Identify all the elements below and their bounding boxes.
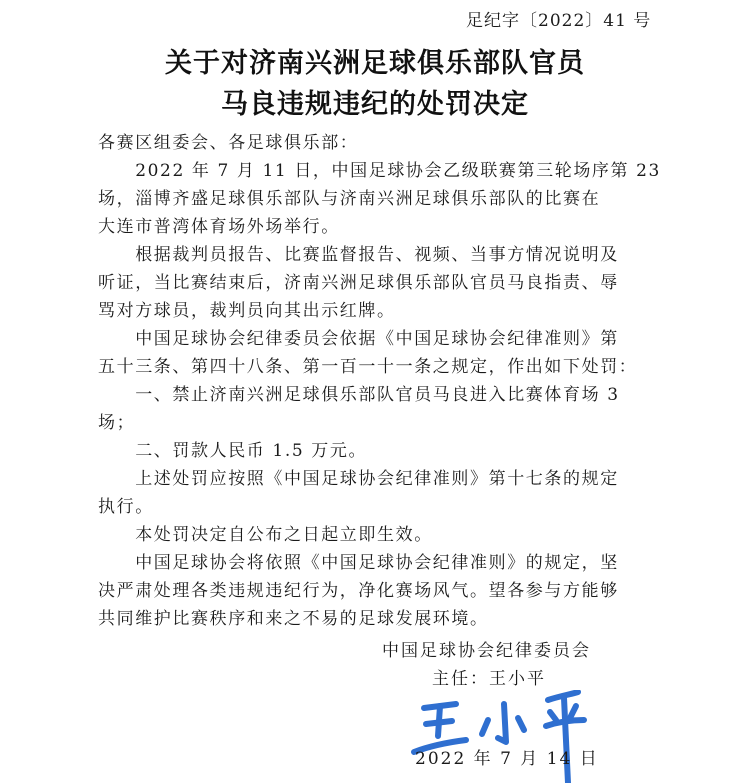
signing-date: 2022 年 7 月 14 日 bbox=[415, 744, 599, 769]
issuing-organization: 中国足球协会纪律委员会 bbox=[382, 636, 591, 661]
paragraph-line: 决严肃处理各类违规违纪行为，净化赛场风气。望各参与方能够 bbox=[98, 576, 688, 601]
director-name: 主任：王小平 bbox=[432, 664, 546, 689]
handwritten-signature-icon bbox=[400, 690, 600, 783]
paragraph-line: 中国足球协会纪律委员会依据《中国足球协会纪律准则》第 bbox=[98, 324, 688, 349]
paragraph-line: 大连市普湾体育场外场举行。 bbox=[98, 212, 688, 237]
paragraph-line: 上述处罚应按照《中国足球协会纪律准则》第十七条的规定 bbox=[98, 464, 688, 489]
paragraph-line: 本处罚决定自公布之日起立即生效。 bbox=[98, 520, 688, 545]
paragraph-line: 中国足球协会将依照《中国足球协会纪律准则》的规定，坚 bbox=[98, 548, 688, 573]
salutation: 各赛区组委会、各足球俱乐部： bbox=[98, 128, 688, 153]
paragraph-line: 根据裁判员报告、比赛监督报告、视频、当事方情况说明及 bbox=[98, 240, 688, 265]
paragraph-line: 场； bbox=[98, 408, 688, 433]
penalty-item-1: 一、禁止济南兴洲足球俱乐部队官员马良进入比赛体育场 3 bbox=[98, 380, 688, 405]
paragraph-line: 五十三条、第四十八条、第一百一十一条之规定，作出如下处罚： bbox=[98, 352, 688, 377]
paragraph-line: 场，淄博齐盛足球俱乐部队与济南兴洲足球俱乐部队的比赛在 bbox=[98, 184, 688, 209]
paragraph-line: 执行。 bbox=[98, 492, 688, 517]
paragraph-line: 共同维护比赛秩序和来之不易的足球发展环境。 bbox=[98, 604, 688, 629]
paragraph-line: 2022 年 7 月 11 日，中国足球协会乙级联赛第三轮场序第 23 bbox=[98, 156, 688, 181]
paragraph-line: 听证，当比赛结束后，济南兴洲足球俱乐部队官员马良指责、辱 bbox=[98, 268, 688, 293]
paragraph-line: 骂对方球员，裁判员向其出示红牌。 bbox=[98, 296, 688, 321]
penalty-item-2: 二、罚款人民币 1.5 万元。 bbox=[98, 436, 688, 461]
document-number: 足纪字〔2022〕41 号 bbox=[466, 6, 651, 31]
document-title-line-1: 关于对济南兴洲足球俱乐部队官员 bbox=[0, 41, 750, 80]
document-title-line-2: 马良违规违纪的处罚决定 bbox=[0, 82, 750, 121]
